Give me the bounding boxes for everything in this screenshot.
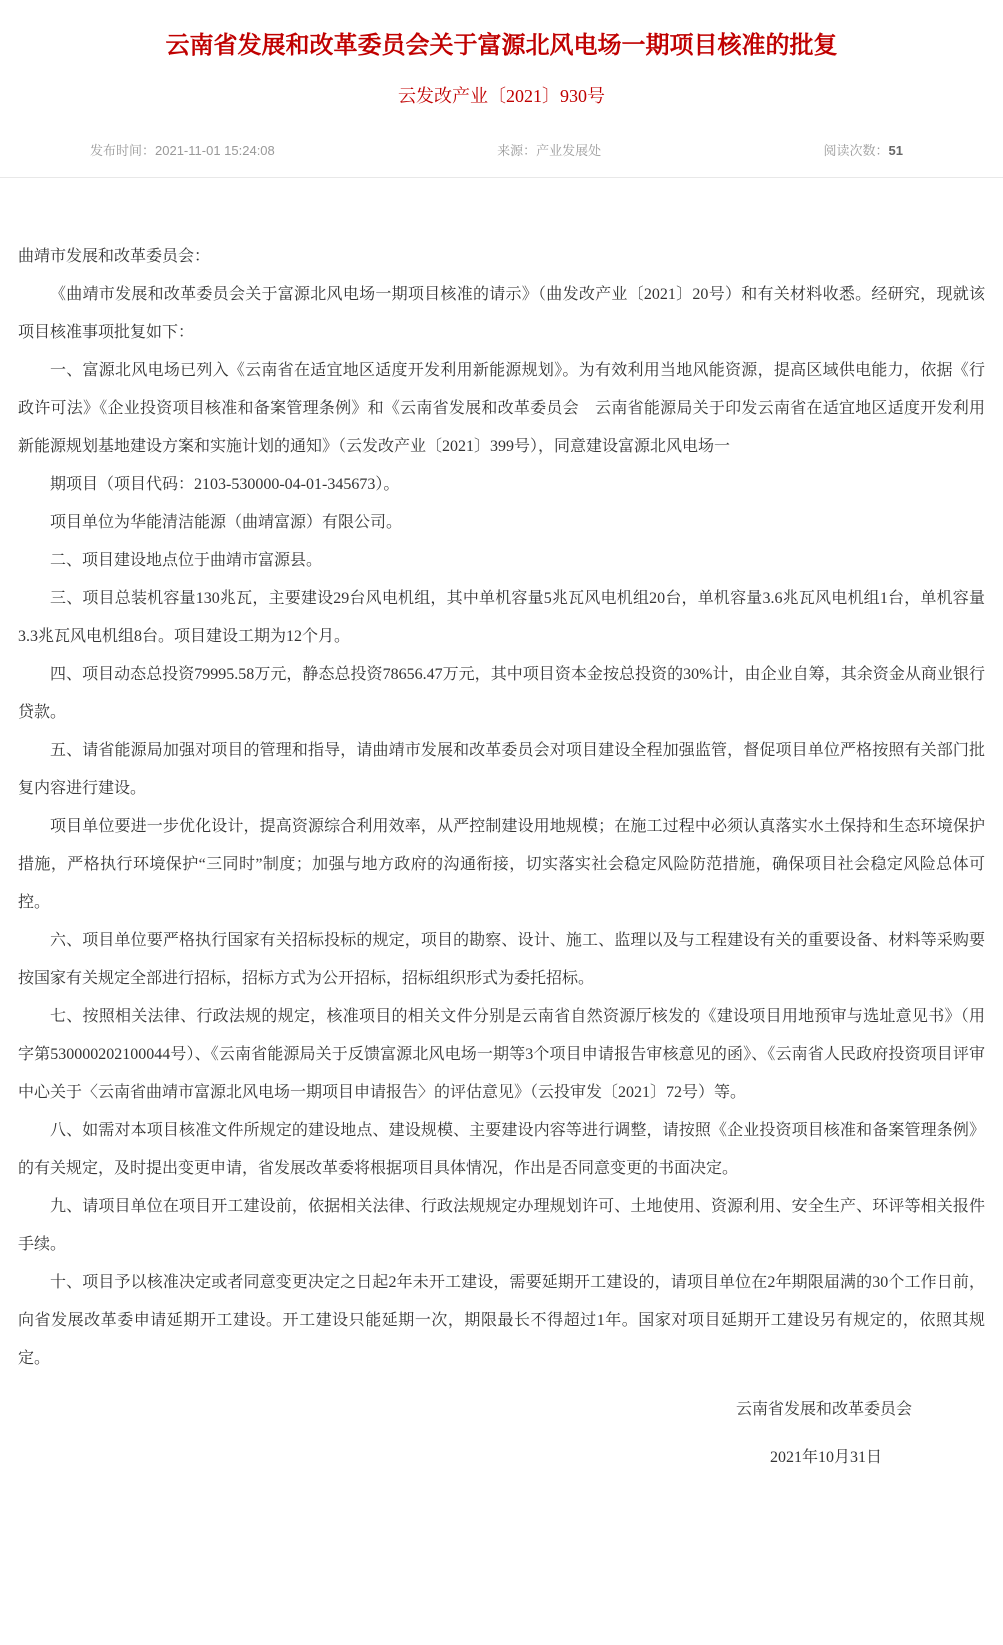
body-paragraph: 十、项目予以核准决定或者同意变更决定之日起2年未开工建设，需要延期开工建设的，请… bbox=[18, 1264, 985, 1378]
publish-time-label: 发布时间： bbox=[90, 143, 155, 158]
body-paragraph: 六、项目单位要严格执行国家有关招标投标的规定，项目的勘察、设计、施工、监理以及与… bbox=[18, 922, 985, 998]
signature-org: 云南省发展和改革委员会 bbox=[18, 1386, 912, 1434]
body-paragraph: 四、项目动态总投资79995.58万元，静态总投资78656.47万元，其中项目… bbox=[18, 656, 985, 732]
body-paragraph: 五、请省能源局加强对项目的管理和指导，请曲靖市发展和改革委员会对项目建设全程加强… bbox=[18, 732, 985, 808]
body-paragraph: 八、如需对本项目核准文件所规定的建设地点、建设规模、主要建设内容等进行调整，请按… bbox=[18, 1112, 985, 1188]
meta-bar: 发布时间：2021-11-01 15:24:08 来源：产业发展处 阅读次数：5… bbox=[0, 140, 1003, 177]
salutation: 曲靖市发展和改革委员会： bbox=[18, 238, 985, 276]
body-paragraph: 项目单位为华能清洁能源（曲靖富源）有限公司。 bbox=[18, 504, 985, 542]
document-title: 云南省发展和改革委员会关于富源北风电场一期项目核准的批复 bbox=[0, 28, 1003, 64]
body-paragraph: 三、项目总装机容量130兆瓦，主要建设29台风电机组，其中单机容量5兆瓦风电机组… bbox=[18, 580, 985, 656]
view-count-label: 阅读次数： bbox=[824, 143, 889, 158]
view-count-value: 51 bbox=[889, 143, 903, 158]
body-paragraph: 七、按照相关法律、行政法规的规定，核准项目的相关文件分别是云南省自然资源厅核发的… bbox=[18, 998, 985, 1112]
signature-block: 云南省发展和改革委员会 2021年10月31日 bbox=[18, 1386, 985, 1482]
document-body: 曲靖市发展和改革委员会： 《曲靖市发展和改革委员会关于富源北风电场一期项目核准的… bbox=[0, 178, 1003, 1512]
source-label: 来源： bbox=[497, 143, 536, 158]
body-paragraph: 项目单位要进一步优化设计，提高资源综合利用效率，从严控制建设用地规模；在施工过程… bbox=[18, 808, 985, 922]
body-paragraph: 九、请项目单位在项目开工建设前，依据相关法律、行政法规规定办理规划许可、土地使用… bbox=[18, 1188, 985, 1264]
source: 来源：产业发展处 bbox=[497, 140, 601, 159]
body-paragraph: 一、富源北风电场已列入《云南省在适宜地区适度开发利用新能源规划》。为有效利用当地… bbox=[18, 352, 985, 466]
publish-time: 发布时间：2021-11-01 15:24:08 bbox=[90, 140, 275, 159]
document-page: 云南省发展和改革委员会关于富源北风电场一期项目核准的批复 云发改产业〔2021〕… bbox=[0, 0, 1003, 1645]
view-count: 阅读次数：51 bbox=[824, 140, 903, 159]
document-number: 云发改产业〔2021〕930号 bbox=[0, 84, 1003, 108]
body-paragraph: 期项目（项目代码：2103-530000-04-01-345673）。 bbox=[18, 466, 985, 504]
source-value: 产业发展处 bbox=[536, 143, 601, 158]
signature-date: 2021年10月31日 bbox=[18, 1434, 912, 1482]
body-paragraph: 二、项目建设地点位于曲靖市富源县。 bbox=[18, 542, 985, 580]
document-header: 云南省发展和改革委员会关于富源北风电场一期项目核准的批复 云发改产业〔2021〕… bbox=[0, 0, 1003, 178]
body-paragraph: 《曲靖市发展和改革委员会关于富源北风电场一期项目核准的请示》（曲发改产业〔202… bbox=[18, 276, 985, 352]
publish-time-value: 2021-11-01 15:24:08 bbox=[155, 143, 275, 158]
